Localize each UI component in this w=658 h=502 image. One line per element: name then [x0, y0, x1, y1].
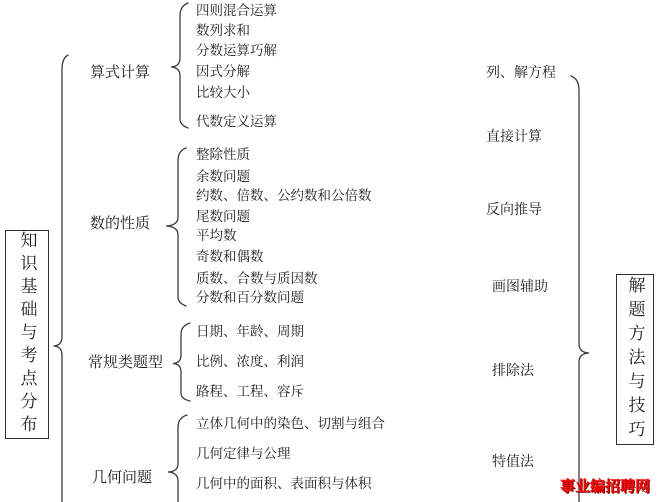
- topic-item: 约数、倍数、公约数和公倍数: [196, 187, 372, 205]
- method-item: 特值法: [492, 452, 534, 470]
- topic-item: 质数、合数与质因数: [196, 270, 318, 288]
- topic-item: 代数定义运算: [196, 113, 277, 131]
- topic-item: 分数和百分数问题: [196, 289, 304, 307]
- topic-item: 数列求和: [196, 22, 250, 40]
- method-item: 画图辅助: [492, 277, 548, 295]
- big-left-brace: [54, 55, 69, 502]
- category-label-geometry: 几何问题: [92, 468, 152, 488]
- topic-item: 路程、工程、容斥: [196, 383, 304, 401]
- topic-item: 平均数: [196, 227, 237, 245]
- topic-item: 尾数问题: [196, 208, 250, 226]
- root-right-box: 解题方法与技巧: [616, 274, 654, 445]
- topic-item: 四则混合运算: [196, 2, 277, 20]
- root-right-label: 解题方法与技巧: [623, 276, 648, 444]
- topic-item: 整除性质: [196, 146, 250, 164]
- watermark: 事业编招聘网: [560, 475, 650, 496]
- topic-item: 几何中的面积、表面积与体积: [196, 475, 372, 493]
- topic-item: 奇数和偶数: [196, 248, 264, 266]
- category-label-number-properties: 数的性质: [90, 214, 150, 234]
- topic-item: 分数运算巧解: [196, 42, 277, 60]
- brace-common-types: [173, 323, 190, 401]
- category-label-common-types: 常规类题型: [88, 353, 163, 373]
- topic-item: 日期、年龄、周期: [196, 323, 304, 341]
- method-item: 排除法: [492, 361, 534, 379]
- method-item: 列、解方程: [486, 63, 556, 81]
- big-right-brace: [571, 76, 589, 502]
- method-item: 直接计算: [486, 127, 542, 145]
- brace-arithmetic: [171, 3, 188, 128]
- brace-geometry: [168, 415, 187, 502]
- root-left-label: 知识基础与考点分布: [15, 231, 40, 438]
- topic-item: 余数问题: [196, 168, 250, 186]
- bracket-diagram: 知识基础与考点分布 解题方法与技巧 算式计算 数的性质 常规类题型 几何问题 四…: [0, 0, 658, 502]
- topic-item: 因式分解: [196, 63, 250, 81]
- method-item: 反向推导: [486, 200, 542, 218]
- root-left-box: 知识基础与考点分布: [5, 230, 49, 439]
- topic-item: 比较大小: [196, 84, 250, 102]
- brace-number-properties: [166, 148, 186, 306]
- topic-item: 几何定律与公理: [196, 445, 291, 463]
- category-label-arithmetic: 算式计算: [90, 63, 150, 83]
- topic-item: 立体几何中的染色、切割与组合: [196, 415, 385, 433]
- topic-item: 比例、浓度、利润: [196, 353, 304, 371]
